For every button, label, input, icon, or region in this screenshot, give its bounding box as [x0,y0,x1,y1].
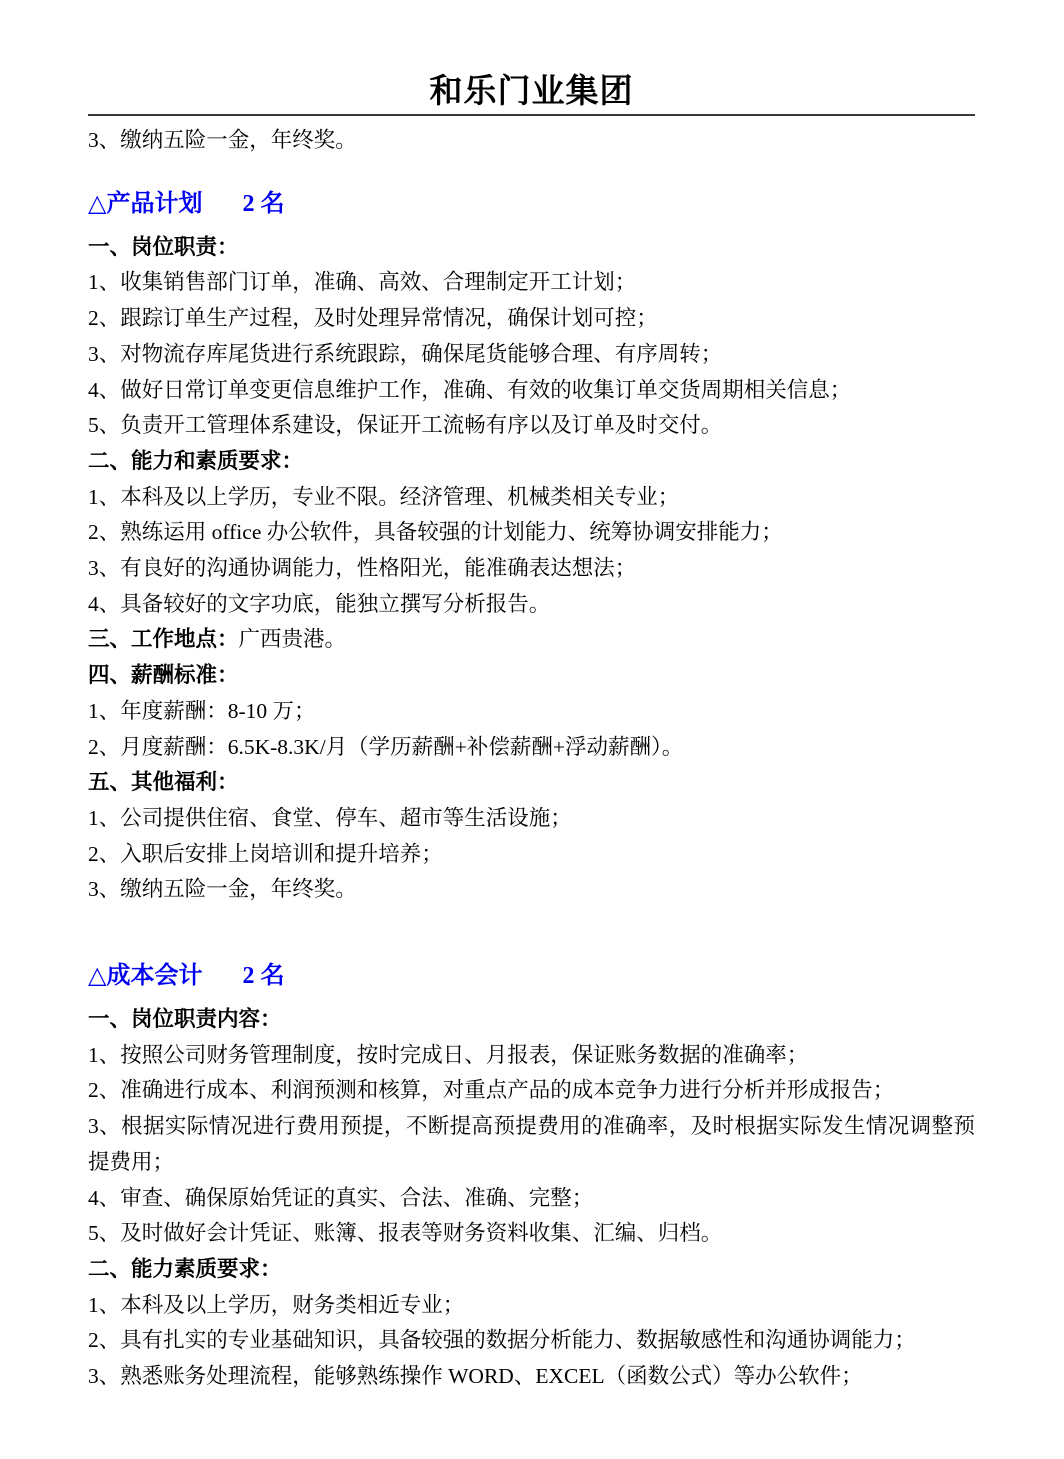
section-subheading: 二、能力和素质要求： [88,444,975,480]
work-location-line: 三、工作地点：广西贵港。 [88,622,975,658]
list-item: 3、缴纳五险一金，年终奖。 [88,872,975,908]
document-body: 3、缴纳五险一金，年终奖。 △产品计划2 名 一、岗位职责： 1、收集销售部门订… [88,116,975,1395]
list-item: 1、本科及以上学历，财务类相近专业； [88,1288,975,1324]
list-item: 1、公司提供住宿、食堂、停车、超市等生活设施； [88,801,975,837]
document-page: 和乐门业集团 3、缴纳五险一金，年终奖。 △产品计划2 名 一、岗位职责： 1、… [0,0,1064,1459]
list-item: 3、熟悉账务处理流程，能够熟练操作 WORD、EXCEL（函数公式）等办公软件； [88,1359,975,1395]
job-heading-title: △产品计划 [88,191,202,217]
section-subheading: 一、岗位职责： [88,230,975,266]
list-item: 2、具有扎实的专业基础知识，具备较强的数据分析能力、数据敏感性和沟通协调能力； [88,1323,975,1359]
list-item: 5、负责开工管理体系建设，保证开工流畅有序以及订单及时交付。 [88,408,975,444]
section-subheading: 一、岗位职责内容： [88,1002,975,1038]
intro-list-item: 3、缴纳五险一金，年终奖。 [88,123,975,159]
list-item: 4、做好日常订单变更信息维护工作，准确、有效的收集订单交货周期相关信息； [88,373,975,409]
list-item: 1、按照公司财务管理制度，按时完成日、月报表，保证账务数据的准确率； [88,1038,975,1074]
section-subheading: 五、其他福利： [88,765,975,801]
document-header: 和乐门业集团 [88,0,975,116]
list-item: 1、年度薪酬：8-10 万； [88,694,975,730]
job-heading-title: △成本会计 [88,963,202,989]
job-heading-count: 2 名 [242,191,284,217]
work-location-value: 广西贵港。 [239,627,347,651]
list-item: 1、本科及以上学历，专业不限。经济管理、机械类相关专业； [88,480,975,516]
list-item: 3、对物流存库尾货进行系统跟踪，确保尾货能够合理、有序周转； [88,337,975,373]
section-subheading: 二、能力素质要求： [88,1252,975,1288]
list-item: 3、根据实际情况进行费用预提，不断提高预提费用的准确率，及时根据实际发生情况调整… [88,1109,975,1180]
job-heading-count: 2 名 [242,963,284,989]
job-heading-product-planning: △产品计划2 名 [88,184,975,224]
section-subheading: 四、薪酬标准： [88,658,975,694]
list-item: 1、收集销售部门订单，准确、高效、合理制定开工计划； [88,265,975,301]
list-item: 2、跟踪订单生产过程，及时处理异常情况，确保计划可控； [88,301,975,337]
list-item: 2、准确进行成本、利润预测和核算，对重点产品的成本竞争力进行分析并形成报告； [88,1073,975,1109]
list-item: 2、月度薪酬：6.5K-8.3K/月（学历薪酬+补偿薪酬+浮动薪酬）。 [88,730,975,766]
list-item: 4、审查、确保原始凭证的真实、合法、准确、完整； [88,1181,975,1217]
work-location-label: 三、工作地点： [88,627,239,651]
job-heading-cost-accountant: △成本会计2 名 [88,956,975,996]
list-item: 4、具备较好的文字功底，能独立撰写分析报告。 [88,587,975,623]
list-item: 2、熟练运用 office 办公软件，具备较强的计划能力、统筹协调安排能力； [88,515,975,551]
list-item: 2、入职后安排上岗培训和提升培养； [88,837,975,873]
list-item: 5、及时做好会计凭证、账簿、报表等财务资料收集、汇编、归档。 [88,1216,975,1252]
company-title: 和乐门业集团 [88,72,975,114]
list-item: 3、有良好的沟通协调能力，性格阳光，能准确表达想法； [88,551,975,587]
